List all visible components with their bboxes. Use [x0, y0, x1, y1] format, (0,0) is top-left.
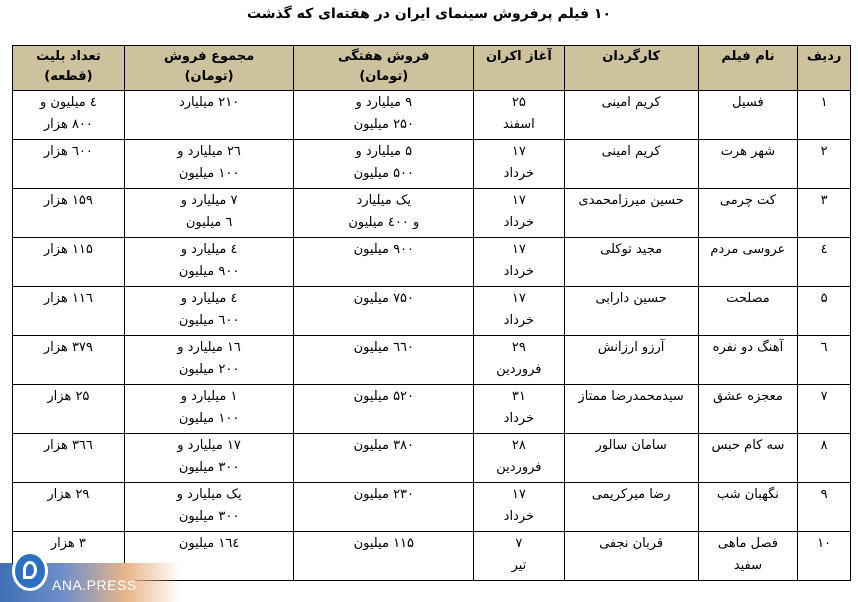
- cell-director: قربان نجفی: [564, 532, 698, 581]
- box-office-table: ردیف نام فیلم کارگردان آغاز اکران فروش ه…: [12, 45, 851, 581]
- cell-name: معجزه عشق: [698, 385, 798, 434]
- cell-tickets: ۳۷۹ هزار: [13, 336, 125, 385]
- cell-tickets: ۳٦٦ هزار: [13, 434, 125, 483]
- cell-release-date: ۱۷خرداد: [474, 140, 564, 189]
- cell-total-sales: ۲٦ میلیارد و۱۰۰ میلیون: [124, 140, 294, 189]
- cell-rank: ۵: [798, 287, 851, 336]
- cell-total-sales-text: ۲۰۰ میلیون: [129, 359, 290, 381]
- cell-tickets: ۱۱٦ هزار: [13, 287, 125, 336]
- cell-director-text: رضا میرکریمی: [569, 484, 694, 506]
- cell-rank-text: ٦: [802, 337, 846, 359]
- table-row: ۵مصلحتحسین دارابی۱۷خرداد۷۵۰ میلیون٤ میلی…: [13, 287, 851, 336]
- cell-weekly-sales-text: ۱۱۵ میلیون: [298, 533, 469, 555]
- cell-rank: ۹: [798, 483, 851, 532]
- cell-release-date: ۱۷خرداد: [474, 287, 564, 336]
- table-row: ٤عروسی مردممجید توکلی۱۷خرداد۹۰۰ میلیون٤ …: [13, 238, 851, 287]
- cell-weekly-sales-text: یک میلیارد: [298, 190, 469, 212]
- cell-name: نگهبان شب: [698, 483, 798, 532]
- cell-director: کریم امینی: [564, 140, 698, 189]
- cell-name: شهر هرت: [698, 140, 798, 189]
- cell-total-sales: ۲۱۰ میلیارد: [124, 91, 294, 140]
- cell-release-date-text: خرداد: [478, 212, 559, 234]
- table-row: ۲شهر هرتکریم امینی۱۷خرداد۵ میلیارد و۵۰۰ …: [13, 140, 851, 189]
- table-row: ۱فسیلکریم امینی۲۵اسفند۹ میلیارد و۲۵۰ میل…: [13, 91, 851, 140]
- cell-name: سه کام حبس: [698, 434, 798, 483]
- cell-release-date-text: اسفند: [478, 114, 559, 136]
- cell-weekly-sales: ۹۰۰ میلیون: [294, 238, 474, 287]
- cell-name-text: فصل ماهی سفید: [703, 533, 794, 577]
- cell-director: حسین میرزامحمدی: [564, 189, 698, 238]
- cell-total-sales: ٤ میلیارد و۹۰۰ میلیون: [124, 238, 294, 287]
- cell-weekly-sales-text: ۹ میلیارد و: [298, 92, 469, 114]
- cell-director-text: حسین میرزامحمدی: [569, 190, 694, 212]
- cell-name-text: سه کام حبس: [703, 435, 794, 457]
- cell-tickets: ٤ میلیون و۸۰۰ هزار: [13, 91, 125, 140]
- cell-total-sales-text: ٤ میلیارد و: [129, 288, 290, 310]
- cell-release-date-text: تیر: [478, 555, 559, 577]
- cell-release-date-text: خرداد: [478, 261, 559, 283]
- cell-tickets-text: ۱۵۹ هزار: [17, 190, 120, 212]
- cell-release-date-text: ۷: [478, 533, 559, 555]
- cell-director-text: سیدمحمدرضا ممتاز: [569, 386, 694, 408]
- cell-name-text: معجزه عشق: [703, 386, 794, 408]
- ana-logo-icon: [12, 551, 48, 591]
- cell-tickets: ٦۰۰ هزار: [13, 140, 125, 189]
- cell-tickets: ۲۹ هزار: [13, 483, 125, 532]
- cell-name: مصلحت: [698, 287, 798, 336]
- cell-release-date: ۲۵اسفند: [474, 91, 564, 140]
- cell-name-text: عروسی مردم: [703, 239, 794, 261]
- cell-rank: ۱: [798, 91, 851, 140]
- cell-rank: ۲: [798, 140, 851, 189]
- cell-total-sales-text: ۱٦٤ میلیون: [129, 533, 290, 555]
- page-title: ۱۰ فیلم پرفروش سینمای ایران در هفته‌ای ک…: [0, 6, 858, 22]
- cell-total-sales-text: ۳۰۰ میلیون: [129, 506, 290, 528]
- cell-tickets-text: ٦۰۰ هزار: [17, 141, 120, 163]
- cell-name-text: کت چرمی: [703, 190, 794, 212]
- cell-rank: ۱۰: [798, 532, 851, 581]
- cell-total-sales-text: ۱ میلیارد و: [129, 386, 290, 408]
- cell-tickets-text: ۲۹ هزار: [17, 484, 120, 506]
- header-director: کارگردان: [564, 46, 698, 91]
- cell-rank: ٤: [798, 238, 851, 287]
- cell-tickets-text: ۸۰۰ هزار: [17, 114, 120, 136]
- header-total-sales-label: مجموع فروش: [129, 47, 290, 67]
- cell-weekly-sales-text: و ٤۰۰ میلیون: [298, 212, 469, 234]
- cell-weekly-sales-text: ۵ میلیارد و: [298, 141, 469, 163]
- cell-total-sales-text: ۳۰۰ میلیون: [129, 457, 290, 479]
- cell-weekly-sales-text: ۵۰۰ میلیون: [298, 163, 469, 185]
- cell-weekly-sales-text: ۳۸۰ میلیون: [298, 435, 469, 457]
- cell-rank-text: ۷: [802, 386, 846, 408]
- cell-total-sales: ۱۷ میلیارد و۳۰۰ میلیون: [124, 434, 294, 483]
- cell-weekly-sales-text: ٦٦۰ میلیون: [298, 337, 469, 359]
- cell-total-sales-text: ۲۱۰ میلیارد: [129, 92, 290, 114]
- cell-director-text: مجید توکلی: [569, 239, 694, 261]
- cell-rank: ۷: [798, 385, 851, 434]
- cell-tickets-text: ٤ میلیون و: [17, 92, 120, 114]
- cell-total-sales-text: یک میلیارد و: [129, 484, 290, 506]
- cell-total-sales: ۱٦ میلیارد و۲۰۰ میلیون: [124, 336, 294, 385]
- cell-release-date-text: فروردین: [478, 359, 559, 381]
- cell-release-date-text: ۲۵: [478, 92, 559, 114]
- cell-total-sales-text: ۷ میلیارد و: [129, 190, 290, 212]
- cell-total-sales-text: ۹۰۰ میلیون: [129, 261, 290, 283]
- cell-release-date: ۱۷خرداد: [474, 483, 564, 532]
- table-row: ۸سه کام حبسسامان سالور۲۸فروردین۳۸۰ میلیو…: [13, 434, 851, 483]
- cell-director-text: قربان نجفی: [569, 533, 694, 555]
- cell-total-sales-text: ٤ میلیارد و: [129, 239, 290, 261]
- cell-release-date-text: ۱۷: [478, 288, 559, 310]
- cell-weekly-sales: ۳۸۰ میلیون: [294, 434, 474, 483]
- header-weekly-sales-unit: (تومان): [298, 67, 469, 87]
- cell-rank-text: ۵: [802, 288, 846, 310]
- cell-weekly-sales: ۹ میلیارد و۲۵۰ میلیون: [294, 91, 474, 140]
- cell-tickets: ۱۵۹ هزار: [13, 189, 125, 238]
- cell-weekly-sales-text: ۲۵۰ میلیون: [298, 114, 469, 136]
- cell-release-date-text: خرداد: [478, 506, 559, 528]
- cell-director: حسین دارابی: [564, 287, 698, 336]
- cell-tickets-text: ۱۱٦ هزار: [17, 288, 120, 310]
- cell-weekly-sales-text: ۵۲۰ میلیون: [298, 386, 469, 408]
- cell-rank-text: ۱: [802, 92, 846, 114]
- cell-director: رضا میرکریمی: [564, 483, 698, 532]
- header-total-sales: مجموع فروش(تومان): [124, 46, 294, 91]
- watermark: ANA.PRESS: [0, 563, 180, 602]
- cell-release-date-text: ۳۱: [478, 386, 559, 408]
- table-row: ٦آهنگ دو نفرهآرزو ارزانش۲۹فروردین٦٦۰ میل…: [13, 336, 851, 385]
- cell-release-date-text: ۲۸: [478, 435, 559, 457]
- cell-rank-text: ۱۰: [802, 533, 846, 555]
- cell-director: کریم امینی: [564, 91, 698, 140]
- cell-weekly-sales-text: ۲۳۰ میلیون: [298, 484, 469, 506]
- cell-weekly-sales: ۵ میلیارد و۵۰۰ میلیون: [294, 140, 474, 189]
- cell-name-text: مصلحت: [703, 288, 794, 310]
- cell-director: آرزو ارزانش: [564, 336, 698, 385]
- cell-total-sales-text: ۱٦ میلیارد و: [129, 337, 290, 359]
- cell-total-sales-text: ۲٦ میلیارد و: [129, 141, 290, 163]
- cell-name-text: فسیل: [703, 92, 794, 114]
- cell-weekly-sales: ۵۲۰ میلیون: [294, 385, 474, 434]
- header-total-sales-unit: (تومان): [129, 67, 290, 87]
- cell-release-date: ۳۱خرداد: [474, 385, 564, 434]
- header-name: نام فیلم: [698, 46, 798, 91]
- cell-weekly-sales: ۷۵۰ میلیون: [294, 287, 474, 336]
- cell-director-text: کریم امینی: [569, 141, 694, 163]
- cell-release-date-text: ۱۷: [478, 239, 559, 261]
- cell-release-date: ۲۹فروردین: [474, 336, 564, 385]
- cell-release-date: ۱۷خرداد: [474, 189, 564, 238]
- cell-weekly-sales-text: ۹۰۰ میلیون: [298, 239, 469, 261]
- cell-total-sales-text: ۱۰۰ میلیون: [129, 163, 290, 185]
- header-tickets: تعداد بلیت(قطعه): [13, 46, 125, 91]
- cell-total-sales-text: ۱۰۰ میلیون: [129, 408, 290, 430]
- cell-weekly-sales: ۲۳۰ میلیون: [294, 483, 474, 532]
- cell-director-text: حسین دارابی: [569, 288, 694, 310]
- cell-tickets: ۲۵ هزار: [13, 385, 125, 434]
- cell-release-date-text: ۱۷: [478, 141, 559, 163]
- cell-director: مجید توکلی: [564, 238, 698, 287]
- header-weekly-sales: فروش هفتگی(تومان): [294, 46, 474, 91]
- cell-tickets-text: ۲۵ هزار: [17, 386, 120, 408]
- cell-total-sales-text: ٦ میلیون: [129, 212, 290, 234]
- table-row: ۳کت چرمیحسین میرزامحمدی۱۷خردادیک میلیارد…: [13, 189, 851, 238]
- cell-weekly-sales: یک میلیاردو ٤۰۰ میلیون: [294, 189, 474, 238]
- cell-name-text: آهنگ دو نفره: [703, 337, 794, 359]
- cell-name-text: شهر هرت: [703, 141, 794, 163]
- cell-rank: ٦: [798, 336, 851, 385]
- cell-director-text: سامان سالور: [569, 435, 694, 457]
- cell-director-text: کریم امینی: [569, 92, 694, 114]
- cell-rank-text: ۲: [802, 141, 846, 163]
- header-tickets-unit: (قطعه): [17, 67, 120, 87]
- cell-release-date: ۲۸فروردین: [474, 434, 564, 483]
- cell-release-date-text: ۱۷: [478, 484, 559, 506]
- cell-release-date: ۱۷خرداد: [474, 238, 564, 287]
- table-row: ۹نگهبان شبرضا میرکریمی۱۷خرداد۲۳۰ میلیونی…: [13, 483, 851, 532]
- table-row: ۷معجزه عشقسیدمحمدرضا ممتاز۳۱خرداد۵۲۰ میل…: [13, 385, 851, 434]
- cell-name: فصل ماهی سفید: [698, 532, 798, 581]
- cell-director: سامان سالور: [564, 434, 698, 483]
- cell-total-sales-text: ۱۷ میلیارد و: [129, 435, 290, 457]
- cell-release-date-text: ۲۹: [478, 337, 559, 359]
- cell-release-date-text: ۱۷: [478, 190, 559, 212]
- cell-rank-text: ٤: [802, 239, 846, 261]
- cell-rank-text: ۳: [802, 190, 846, 212]
- cell-release-date-text: خرداد: [478, 310, 559, 332]
- cell-tickets: ۱۱۵ هزار: [13, 238, 125, 287]
- cell-release-date-text: فروردین: [478, 457, 559, 479]
- cell-release-date-text: خرداد: [478, 408, 559, 430]
- cell-release-date: ۷تیر: [474, 532, 564, 581]
- cell-name: فسیل: [698, 91, 798, 140]
- cell-director-text: آرزو ارزانش: [569, 337, 694, 359]
- cell-name: آهنگ دو نفره: [698, 336, 798, 385]
- cell-weekly-sales: ۱۱۵ میلیون: [294, 532, 474, 581]
- cell-rank-text: ۹: [802, 484, 846, 506]
- watermark-text: ANA.PRESS: [52, 577, 137, 593]
- header-release-date: آغاز اکران: [474, 46, 564, 91]
- cell-total-sales-text: ٦۰۰ میلیون: [129, 310, 290, 332]
- cell-weekly-sales: ٦٦۰ میلیون: [294, 336, 474, 385]
- cell-director: سیدمحمدرضا ممتاز: [564, 385, 698, 434]
- cell-name: کت چرمی: [698, 189, 798, 238]
- table-header-row: ردیف نام فیلم کارگردان آغاز اکران فروش ه…: [13, 46, 851, 91]
- cell-total-sales: ٤ میلیارد و٦۰۰ میلیون: [124, 287, 294, 336]
- cell-tickets-text: ۱۱۵ هزار: [17, 239, 120, 261]
- header-rank: ردیف: [798, 46, 851, 91]
- cell-tickets-text: ۳۷۹ هزار: [17, 337, 120, 359]
- cell-total-sales: یک میلیارد و۳۰۰ میلیون: [124, 483, 294, 532]
- cell-rank: ۳: [798, 189, 851, 238]
- cell-total-sales: ۷ میلیارد و٦ میلیون: [124, 189, 294, 238]
- cell-weekly-sales-text: ۷۵۰ میلیون: [298, 288, 469, 310]
- cell-tickets-text: ۳٦٦ هزار: [17, 435, 120, 457]
- cell-name-text: نگهبان شب: [703, 484, 794, 506]
- cell-rank-text: ۸: [802, 435, 846, 457]
- cell-name: عروسی مردم: [698, 238, 798, 287]
- cell-total-sales: ۱ میلیارد و۱۰۰ میلیون: [124, 385, 294, 434]
- header-tickets-label: تعداد بلیت: [17, 47, 120, 67]
- cell-rank: ۸: [798, 434, 851, 483]
- cell-release-date-text: خرداد: [478, 163, 559, 185]
- header-weekly-sales-label: فروش هفتگی: [298, 47, 469, 67]
